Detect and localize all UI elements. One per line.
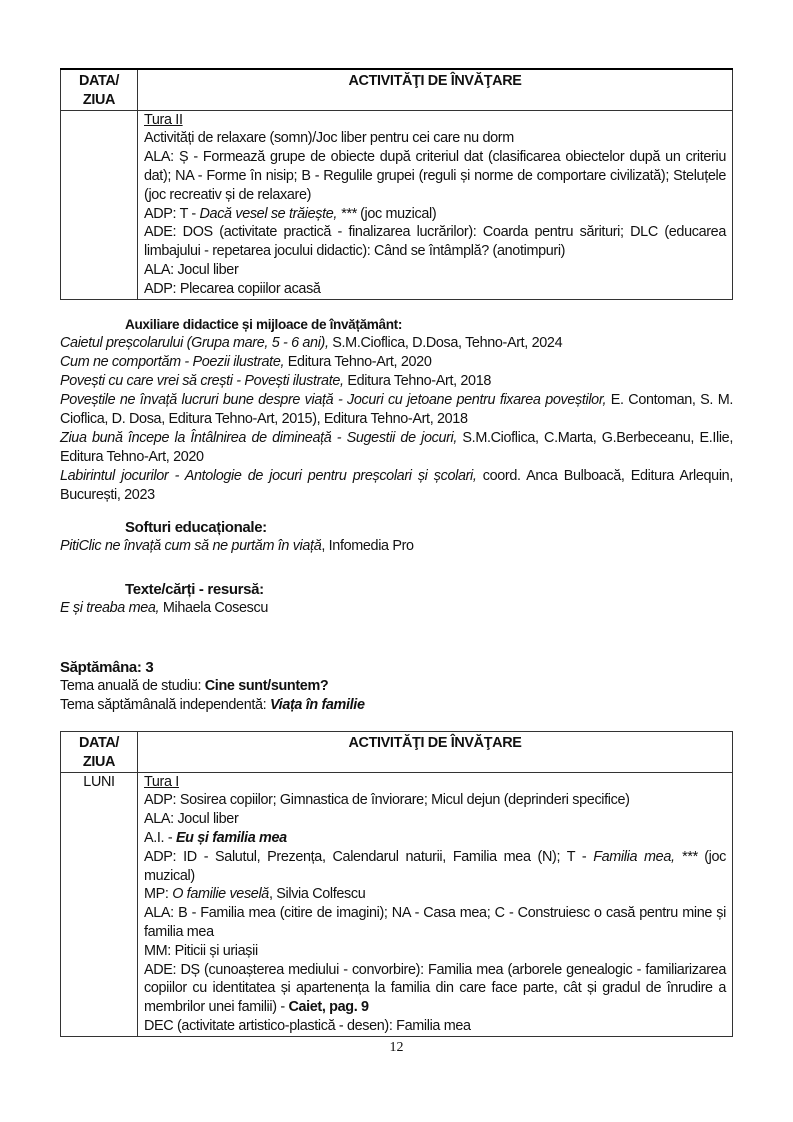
resource-item: Labirintul jocurilor - Antologie de jocu… <box>60 467 733 505</box>
activities-table-2: DATA/ ZIUA ACTIVITĂŢI DE ÎNVĂŢARE LUNI T… <box>60 731 733 1037</box>
activity-line: DEC (activitate artistico-plastică - des… <box>144 1017 726 1036</box>
week-label: Săptămâna: 3 <box>60 658 733 677</box>
table-header-row: DATA/ ZIUA ACTIVITĂŢI DE ÎNVĂŢARE <box>61 732 733 773</box>
day-cell: LUNI <box>61 772 138 1036</box>
table-row: Tura II Activități de relaxare (somn)/Jo… <box>61 110 733 299</box>
resource-item: Povești cu care vrei să crești - Povești… <box>60 372 733 391</box>
activity-line: ADE: DOS (activitate practică - finaliza… <box>144 223 726 261</box>
auxiliare-heading: Auxiliare didactice și mijloace de învăț… <box>60 315 733 334</box>
activities-column-header: ACTIVITĂŢI DE ÎNVĂŢARE <box>138 732 733 773</box>
texte-heading: Texte/cărți - resursă: <box>60 580 733 599</box>
resource-item: Poveștile ne învață lucruri bune despre … <box>60 391 733 429</box>
softuri-heading: Softuri educaționale: <box>60 518 733 537</box>
softuri-section: Softuri educaționale: PitiClic ne învață… <box>60 518 733 556</box>
resource-item: Caietul preșcolarului (Grupa mare, 5 - 6… <box>60 334 733 353</box>
date-column-header: DATA/ ZIUA <box>61 69 138 110</box>
software-item: PitiClic ne învață cum să ne purtăm în v… <box>60 537 733 556</box>
activity-line: MP: O familie veselă, Silvia Colfescu <box>144 885 726 904</box>
activities-column-header: ACTIVITĂŢI DE ÎNVĂŢARE <box>138 69 733 110</box>
week-info: Săptămâna: 3 Tema anuală de studiu: Cine… <box>60 658 733 715</box>
activities-cell: Tura II Activități de relaxare (somn)/Jo… <box>138 110 733 299</box>
activity-line: ALA: Jocul liber <box>144 810 726 829</box>
table-header-row: DATA/ ZIUA ACTIVITĂŢI DE ÎNVĂŢARE <box>61 69 733 110</box>
activity-line: Activități de relaxare (somn)/Joc liber … <box>144 129 726 148</box>
day-cell <box>61 110 138 299</box>
activity-line: A.I. - Eu și familia mea <box>144 829 726 848</box>
date-column-header: DATA/ ZIUA <box>61 732 138 773</box>
activity-line: ADP: Plecarea copiilor acasă <box>144 280 726 299</box>
activities-cell: Tura I ADP: Sosirea copiilor; Gimnastica… <box>138 772 733 1036</box>
table-row: LUNI Tura I ADP: Sosirea copiilor; Gimna… <box>61 772 733 1036</box>
text-resource-item: E și treaba mea, Mihaela Cosescu <box>60 599 733 618</box>
activity-line: ADP: ID - Salutul, Prezența, Calendarul … <box>144 848 726 886</box>
texte-section: Texte/cărți - resursă: E și treaba mea, … <box>60 580 733 618</box>
activity-line: MM: Piticii și uriașii <box>144 942 726 961</box>
shift-label: Tura II <box>144 111 726 130</box>
resource-item: Ziua bună începe la Întâlnirea de dimine… <box>60 429 733 467</box>
activity-line: ADP: Sosirea copiilor; Gimnastica de înv… <box>144 791 726 810</box>
activity-line: ALA: Jocul liber <box>144 261 726 280</box>
shift-label: Tura I <box>144 773 726 792</box>
page-number: 12 <box>0 1038 793 1057</box>
activity-line: ALA: Ș - Formează grupe de obiecte după … <box>144 148 726 204</box>
activities-table-1: DATA/ ZIUA ACTIVITĂŢI DE ÎNVĂŢARE Tura I… <box>60 68 733 300</box>
annual-theme: Tema anuală de studiu: Cine sunt/suntem? <box>60 677 733 696</box>
activity-line: ADE: DȘ (cunoașterea mediului - convorbi… <box>144 961 726 1017</box>
activity-line: ALA: B - Familia mea (citire de imagini)… <box>144 904 726 942</box>
resource-item: Cum ne comportăm - Poezii ilustrate, Edi… <box>60 353 733 372</box>
activity-line: ADP: T - Dacă vesel se trăiește, *** (jo… <box>144 205 726 224</box>
auxiliare-section: Auxiliare didactice și mijloace de învăț… <box>60 315 733 505</box>
weekly-theme: Tema săptămânală independentă: Viața în … <box>60 696 733 715</box>
